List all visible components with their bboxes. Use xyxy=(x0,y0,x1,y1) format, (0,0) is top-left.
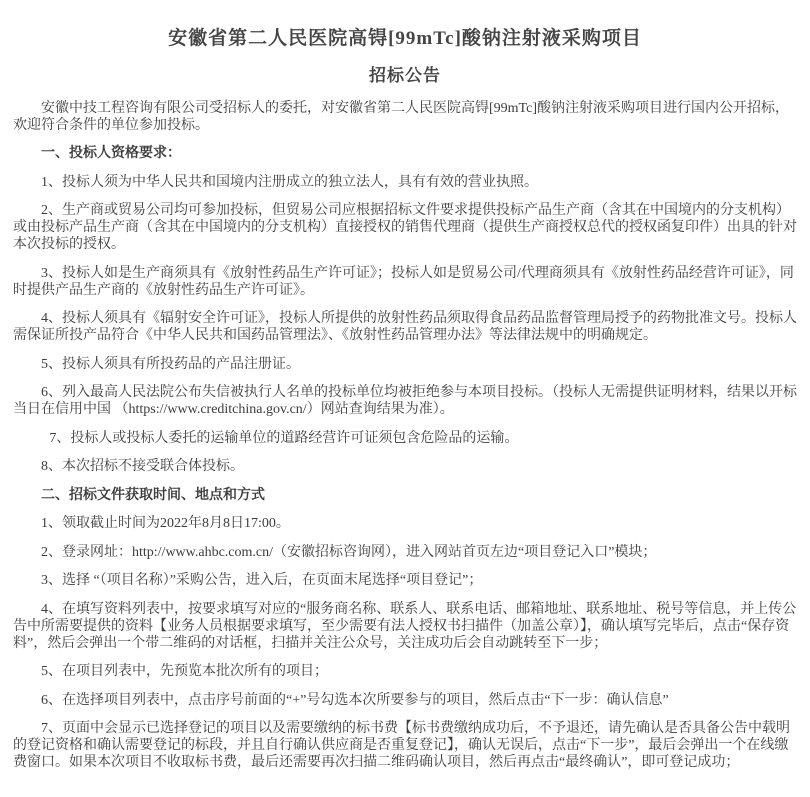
section-1-heading: 一、投标人资格要求： xyxy=(13,145,797,162)
tender-announcement-document: 安徽省第二人民医院高锝[99mTc]酸钠注射液采购项目 招标公告 安徽中技工程咨… xyxy=(0,0,810,771)
section-1-item-7: 7、投标人或投标人委托的运输单位的道路经营许可证须包含危险品的运输。 xyxy=(13,430,797,447)
section-2-item-3: 3、选择 “（项目名称）”采购公告，进入后，在页面末尾选择“项目登记”； xyxy=(13,572,797,589)
section-1-item-2: 2、生产商或贸易公司均可参加投标，但贸易公司应根据招标文件要求提供投标产品生产商… xyxy=(13,202,797,253)
section-2-item-4: 4、在填写资料列表中，按要求填写对应的“服务商名称、联系人、联系电话、邮箱地址、… xyxy=(13,601,797,652)
section-2-heading: 二、招标文件获取时间、地点和方式 xyxy=(13,487,797,504)
page-title: 安徽省第二人民医院高锝[99mTc]酸钠注射液采购项目 xyxy=(13,26,797,52)
section-2-item-2: 2、登录网址：http://www.ahbc.com.cn/（安徽招标咨询网），… xyxy=(13,544,797,561)
section-2-item-6: 6、在选择项目列表中，点击序号前面的“+”号勾选本次所要参与的项目，然后点击“下… xyxy=(13,692,797,709)
section-1-item-1: 1、投标人须为中华人民共和国境内注册成立的独立法人，具有有效的营业执照。 xyxy=(13,174,797,191)
intro-paragraph: 安徽中技工程咨询有限公司受招标人的委托，对安徽省第二人民医院高锝[99mTc]酸… xyxy=(13,100,797,134)
section-1-item-8: 8、本次招标不接受联合体投标。 xyxy=(13,458,797,475)
page-subtitle: 招标公告 xyxy=(13,64,797,88)
section-1-item-5: 5、投标人须具有所投药品的产品注册证。 xyxy=(13,356,797,373)
section-1-item-6: 6、列入最高人民法院公布失信被执行人名单的投标单位均被拒绝参与本项目投标。（投标… xyxy=(13,384,797,418)
section-2-item-5: 5、在项目列表中，先预览本批次所有的项目； xyxy=(13,663,797,680)
section-1-item-3: 3、投标人如是生产商须具有《放射性药品生产许可证》；投标人如是贸易公司/代理商须… xyxy=(13,265,797,299)
section-2-item-7: 7、页面中会显示已选择登记的项目以及需要缴纳的标书费【标书费缴纳成功后，不予退还… xyxy=(13,720,797,771)
section-2-item-1: 1、领取截止时间为2022年8月8日17:00。 xyxy=(13,515,797,532)
section-1-item-4: 4、投标人须具有《辐射安全许可证》，投标人所提供的放射性药品须取得食品药品监督管… xyxy=(13,310,797,344)
